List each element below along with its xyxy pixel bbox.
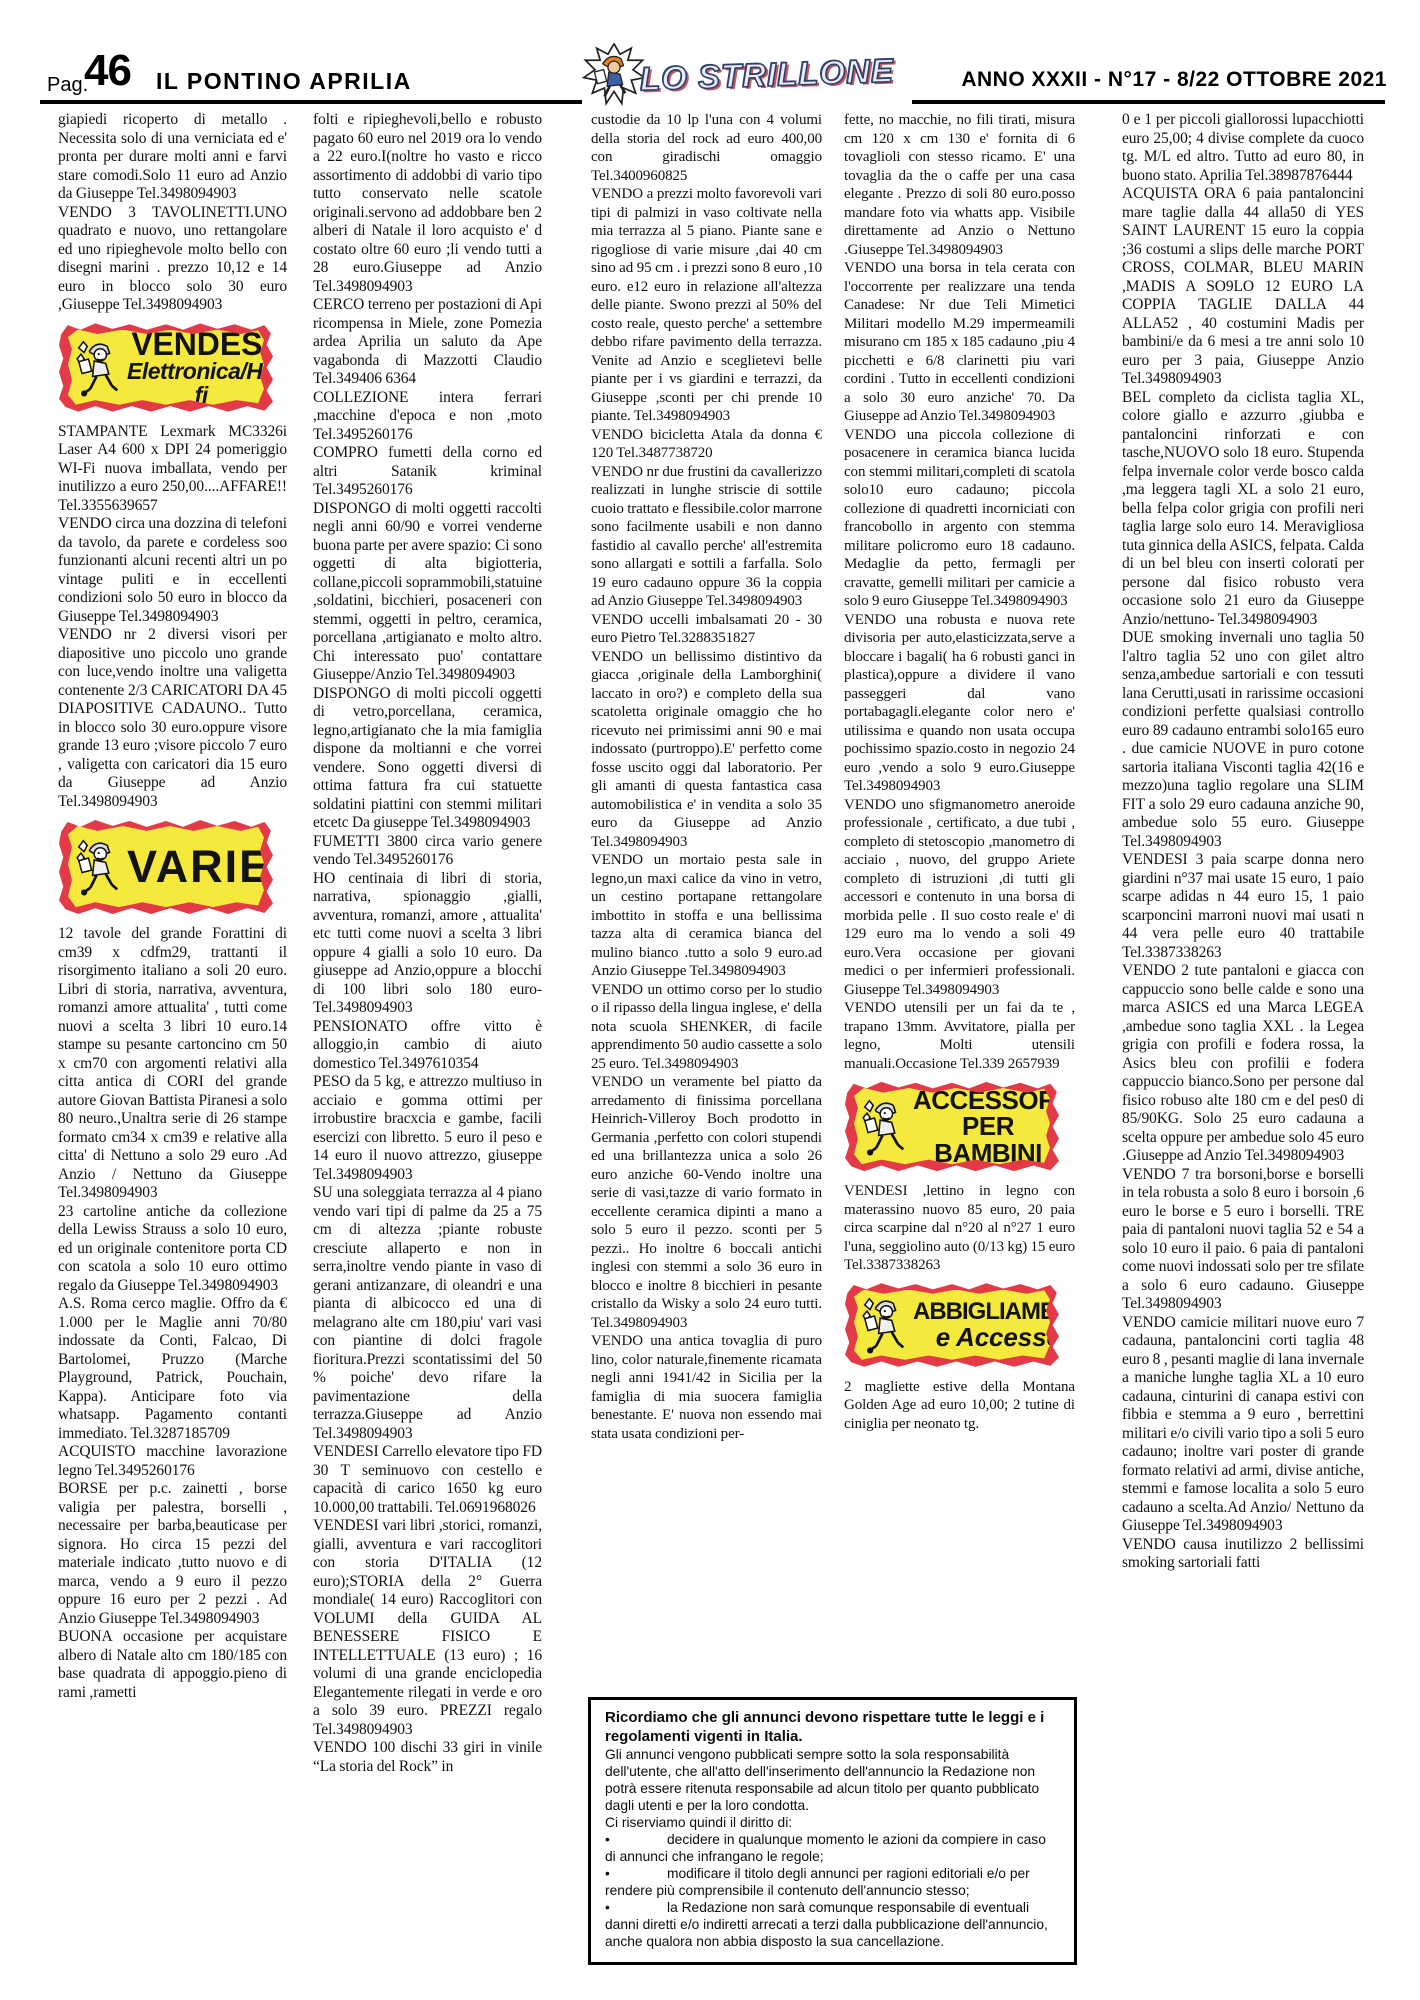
notice-bullet-text: decidere in qualunque momento le azioni …	[605, 1832, 1046, 1864]
classified-ad: VENDO uccelli imbalsamati 20 - 30 euro P…	[591, 611, 822, 648]
classified-ad: custodie da 10 lp l'una con 4 volumi del…	[591, 111, 822, 185]
classified-ad: COLLEZIONE intera ferrari ,macchine d'ep…	[313, 389, 542, 445]
classified-ad: VENDO uno sfigmanometro aneroide profess…	[844, 796, 1075, 1000]
banner-title: VARIE	[127, 844, 271, 890]
classified-ad: VENDESI vari libri ,storici, romanzi, gi…	[313, 1517, 542, 1739]
masthead-title: LO STRILLONE	[639, 52, 894, 99]
classified-ad: VENDO a prezzi molto favorevoli vari tip…	[591, 185, 822, 426]
classified-ad: ACQUISTA ORA 6 paia pantaloncini mare ta…	[1122, 185, 1364, 389]
classified-ad: BUONA occasione per acquistare albero di…	[58, 1628, 287, 1702]
classifieds-column-5: 0 e 1 per piccoli giallorossi lupacchiot…	[1122, 111, 1364, 1573]
classified-ad: VENDESI Carrello elevatore tipo FD 30 T …	[313, 1443, 542, 1517]
classified-ad: 23 cartoline antiche da collezione della…	[58, 1203, 287, 1296]
classified-ad: VENDO una robusta e nuova rete divisoria…	[844, 611, 1075, 796]
classified-ad: VENDO 3 TAVOLINETTI.UNO quadrato e nuovo…	[58, 204, 287, 315]
banner-title: ACCESSORI	[913, 1087, 1063, 1114]
notice-bullet: •la Redazione non sarà comunque responsa…	[605, 1899, 1060, 1950]
notice-bullet-text: modificare il titolo degli annunci per r…	[605, 1866, 1030, 1898]
classified-ad: 0 e 1 per piccoli giallorossi lupacchiot…	[1122, 111, 1364, 185]
classified-ad: VENDO un veramente bel piatto da arredam…	[591, 1073, 822, 1332]
classified-ad: VENDESI 3 paia scarpe donna nero giardin…	[1122, 851, 1364, 962]
classified-ad: VENDO bicicletta Atala da donna € 120 Te…	[591, 426, 822, 463]
classified-ad: STAMPANTE Lexmark MC3326i Laser A4 600 x…	[58, 423, 287, 516]
classified-ad: VENDO una borsa in tela cerata con l'occ…	[844, 259, 1075, 426]
classified-ad: VENDESI ,lettino in legno con materassin…	[844, 1182, 1075, 1275]
header-rule-right	[912, 100, 1385, 104]
classified-ad: VENDO nr due frustini da cavallerizzo re…	[591, 463, 822, 611]
section-banner-bambini: ACCESSORI PER BAMBINI	[845, 1080, 1059, 1173]
classified-ad: SU una soleggiata terrazza al 4 piano ve…	[313, 1184, 542, 1443]
classified-ad: 12 tavole del grande Forattini di cm39 x…	[58, 925, 287, 1203]
classified-ad: VENDO circa una dozzina di telefoni da t…	[58, 515, 287, 626]
classified-ad: VENDO un mortaio pesta sale in legno,un …	[591, 851, 822, 981]
classified-ad: HO centinaia di libri di storia, narrati…	[313, 870, 542, 1018]
newspaper-page: Pag. 46 IL PONTINO APRILIA ANNO XXXII - …	[0, 0, 1420, 2000]
classified-ad: DISPONGO di molti piccoli oggetti di vet…	[313, 685, 542, 833]
classified-ad: ACQUISTO macchine lavorazione legno Tel.…	[58, 1443, 287, 1480]
bullet-icon: •	[605, 1865, 621, 1882]
classified-ad: fette, no macchie, no fili tirati, misur…	[844, 111, 1075, 259]
page-number: 46	[84, 46, 131, 96]
issue-info: ANNO XXXII - N°17 - 8/22 OTTOBRE 2021	[961, 68, 1387, 92]
classified-ad: VENDO 7 tra borsoni,borse e borselli in …	[1122, 1166, 1364, 1314]
newspaper-name: IL PONTINO APRILIA	[156, 68, 412, 95]
notice-bullet: •decidere in qualunque momento le azioni…	[605, 1831, 1060, 1865]
classified-ad: DUE smoking invernali uno taglia 50 l'al…	[1122, 629, 1364, 851]
classified-ad: PESO da 5 kg, e attrezzo multiuso in acc…	[313, 1073, 542, 1184]
classified-ad: VENDO 100 dischi 33 giri in vinile “La s…	[313, 1739, 542, 1776]
classifieds-column-2: folti e ripieghevoli,bello e robusto pag…	[313, 111, 542, 1776]
classified-ad: VENDO una piccola collezione di posacene…	[844, 426, 1075, 611]
classifieds-column-1: giapiedi ricoperto di metallo . Necessit…	[58, 111, 287, 1702]
newsboy-icon	[71, 834, 125, 900]
classified-ad: COMPRO fumetti della corno ed altri Sata…	[313, 444, 542, 500]
classifieds-column-4: fette, no macchie, no fili tirati, misur…	[844, 111, 1075, 1433]
classified-ad: CERCO terreno per postazioni di Api rico…	[313, 296, 542, 389]
notice-rights-intro: Ci riserviamo quindi il diritto di:	[605, 1814, 1060, 1831]
page-label: Pag.	[47, 74, 88, 97]
classified-ad: VENDO 2 tute pantaloni e giacca con capp…	[1122, 962, 1364, 1166]
classified-ad: VENDO un ottimo corso per lo studio o il…	[591, 981, 822, 1074]
header-rule-left	[40, 100, 592, 104]
classified-ad: VENDO un bellissimo distintivo da giacca…	[591, 648, 822, 852]
classified-ad: VENDO nr 2 diversi visori per diapositiv…	[58, 626, 287, 811]
classifieds-column-3: custodie da 10 lp l'una con 4 volumi del…	[591, 111, 822, 1443]
newsboy-icon	[857, 1094, 911, 1160]
classified-ad: giapiedi ricoperto di metallo . Necessit…	[58, 111, 287, 204]
classified-ad: BORSE per p.c. zainetti , borse valigia …	[58, 1480, 287, 1628]
banner-subtitle: e Accessori	[913, 1324, 1075, 1351]
masthead-logo: LO STRILLONE	[582, 42, 892, 108]
notice-bullet: •modificare il titolo degli annunci per …	[605, 1865, 1060, 1899]
newsboy-icon	[71, 335, 125, 401]
classified-ad: A.S. Roma cerco maglie. Offro da € 1.000…	[58, 1295, 287, 1443]
rules-notice-box: Ricordiamo che gli annunci devono rispet…	[588, 1697, 1077, 1965]
banner-subtitle: Elettronica/Hi-fi	[127, 360, 275, 407]
classified-ad: 2 magliette estive della Montana Golden …	[844, 1378, 1075, 1434]
section-banner-elettronica: VENDESI Elettronica/Hi-fi	[59, 322, 273, 414]
section-banner-varie: VARIE	[59, 818, 273, 916]
classified-ad: DISPONGO di molti oggetti raccolti negli…	[313, 500, 542, 685]
newsboy-icon	[857, 1292, 911, 1358]
classified-ad: VENDO causa inutilizzo 2 bellissimi smok…	[1122, 1536, 1364, 1573]
classified-ad: folti e ripieghevoli,bello e robusto pag…	[313, 111, 542, 296]
classified-ad: BEL completo da ciclista taglia XL, colo…	[1122, 389, 1364, 630]
notice-body: Gli annunci vengono pubblicati sempre so…	[605, 1746, 1060, 1814]
classified-ad: VENDO camicie militari nuove euro 7 cada…	[1122, 1314, 1364, 1536]
notice-heading: Ricordiamo che gli annunci devono rispet…	[605, 1709, 1060, 1746]
bullet-icon: •	[605, 1899, 621, 1916]
classified-ad: VENDO una antica tovaglia di puro lino, …	[591, 1332, 822, 1443]
banner-subtitle: PER BAMBINI	[913, 1113, 1063, 1166]
newsboy-logo-icon	[582, 43, 646, 107]
classified-ad: VENDO utensili per un fai da te , trapan…	[844, 999, 1075, 1073]
banner-title: ABBIGLIAMENTO	[913, 1300, 1075, 1324]
bullet-icon: •	[605, 1831, 621, 1848]
section-banner-abbigliamento: ABBIGLIAMENTO e Accessori	[845, 1282, 1059, 1369]
banner-title: VENDESI	[127, 328, 275, 361]
classified-ad: PENSIONATO offre vitto è alloggio,in cam…	[313, 1018, 542, 1074]
notice-bullet-text: la Redazione non sarà comunque responsab…	[605, 1900, 1048, 1949]
classified-ad: FUMETTI 3800 circa vario genere vendo Te…	[313, 833, 542, 870]
